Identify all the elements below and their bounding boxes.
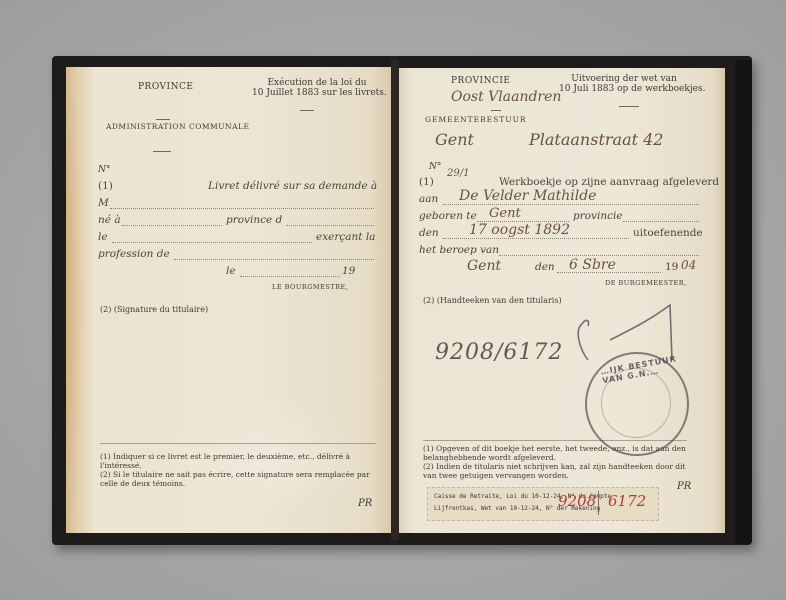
field-born-input[interactable] [122, 225, 222, 226]
form-fields: (1) Livret délivré sur sa demande à M né… [98, 180, 376, 320]
administration-label: GEMEENTEBESTUUR [425, 115, 527, 124]
ornament-dash [156, 119, 170, 120]
number-label: N° [429, 162, 441, 172]
field-profession-label: profession de [98, 248, 170, 260]
field-born-label: né à [98, 214, 121, 226]
field-birthdate-input[interactable] [443, 238, 629, 239]
age-stain [66, 67, 86, 533]
issued-line: Werkboekje op zijne aanvraag afgeleverd [499, 176, 719, 188]
field-exercising-label: exerçant la [316, 231, 375, 243]
handwritten-name: De Velder Mathilde [459, 188, 596, 204]
law-header: Uitvoering der wet van 10 Juli 1883 op d… [559, 74, 689, 94]
handwritten-birthdate: 17 oogst 1892 [469, 222, 570, 238]
field-le-label: le [98, 231, 108, 243]
handwritten-province: Oost Vlaandren [451, 89, 561, 105]
left-page: PROVINCE Exécution de la loi du 10 Juill… [66, 67, 391, 533]
pension-fund-label: Caisse de Retraite, Loi du 10-12-24, N° … [427, 487, 659, 521]
cover-edge [735, 60, 752, 544]
field-province-label: provincie [573, 210, 623, 222]
holder-signature-label: (2) (Signature du titulaire) [100, 305, 208, 314]
form-fields: (1) 29/1 Werkboekje op zijne aanvraag af… [419, 176, 699, 316]
field-to-label: aan [419, 193, 438, 205]
handwritten-address: Plataanstraat 42 [529, 130, 663, 149]
date-input[interactable] [240, 276, 340, 277]
printer-initials: PR [677, 481, 691, 492]
field-exercising-label: uitoefenende [633, 227, 703, 239]
law-header-line1: Uitvoering der wet van [559, 74, 689, 84]
administration-label: ADMINISTRATION COMMUNALE [106, 122, 249, 131]
field-m-label: M [98, 197, 109, 209]
handwritten-birthplace: Gent [489, 206, 521, 221]
pencil-reference-number: 9208/6172 [435, 340, 563, 365]
printer-initials: PR [358, 498, 372, 509]
date-year: 19 [342, 265, 355, 277]
field-m-input[interactable] [110, 208, 374, 209]
booklet-spine [391, 60, 399, 540]
law-header: Exécution de la loi du 10 Juillet 1883 s… [252, 78, 382, 98]
field-born-label: geboren te [419, 210, 477, 222]
issued-line: Livret délivré sur sa demande à [208, 180, 377, 192]
handwritten-municipality: Gent [435, 130, 474, 149]
number-label: N° [98, 165, 110, 175]
holder-signature-label: (2) (Handteeken van den titularis) [423, 296, 562, 305]
red-account-number-1: 9208 [558, 492, 596, 510]
field-profession-label: het beroep van [419, 244, 499, 256]
ornament-dash [300, 110, 314, 111]
field-profession-input[interactable] [499, 255, 699, 256]
footnote-1: (1) Indiquer si ce livret est le premier… [100, 452, 378, 470]
field-le-input[interactable] [112, 242, 312, 243]
footnote-2: (2) Indien de titularis niet schrijven k… [423, 462, 691, 480]
date-le-label: le [226, 265, 236, 277]
handwritten-number: 29/1 [447, 168, 469, 179]
label-separator [598, 491, 599, 515]
ornament-dash [153, 151, 171, 152]
field-profession-input[interactable] [174, 259, 374, 260]
law-header-line2: 10 Juli 1883 op de werkboekjes. [559, 84, 689, 94]
mayor-signature-scrawl [570, 300, 690, 370]
footnote-2: (2) Si le titulaire ne sait pas écrire, … [100, 470, 378, 488]
handwritten-issue-date: 6 Sbre [569, 257, 616, 273]
field-province-input[interactable] [623, 221, 699, 222]
field-province-label: province d [226, 214, 282, 226]
field-name-input[interactable] [443, 204, 699, 205]
footnotes: (1) Indiquer si ce livret est le premier… [100, 452, 378, 488]
note-marker: (1) [98, 180, 113, 192]
handwritten-year-suffix: 04 [681, 258, 696, 272]
law-header-line2: 10 Juillet 1883 sur les livrets. [252, 88, 382, 98]
law-header-line1: Exécution de la loi du [252, 78, 382, 88]
ornament-dash [619, 106, 639, 107]
handwritten-place-issued: Gent [467, 258, 501, 274]
date-den-label: den [535, 261, 555, 273]
note-marker: (1) [419, 176, 434, 188]
date-year: 19 [665, 261, 678, 273]
red-account-number-2: 6172 [608, 492, 646, 510]
province-header: PROVINCE [138, 82, 193, 92]
province-header: PROVINCIE [451, 76, 511, 86]
ornament-dash [491, 110, 501, 111]
footnote-divider [100, 443, 376, 444]
field-on-label: den [419, 227, 439, 239]
mayor-signatory: DE BURGEMEESTER, [605, 279, 687, 287]
mayor-signatory: LE BOURGMESTRE, [272, 283, 348, 291]
field-province-input[interactable] [286, 225, 374, 226]
